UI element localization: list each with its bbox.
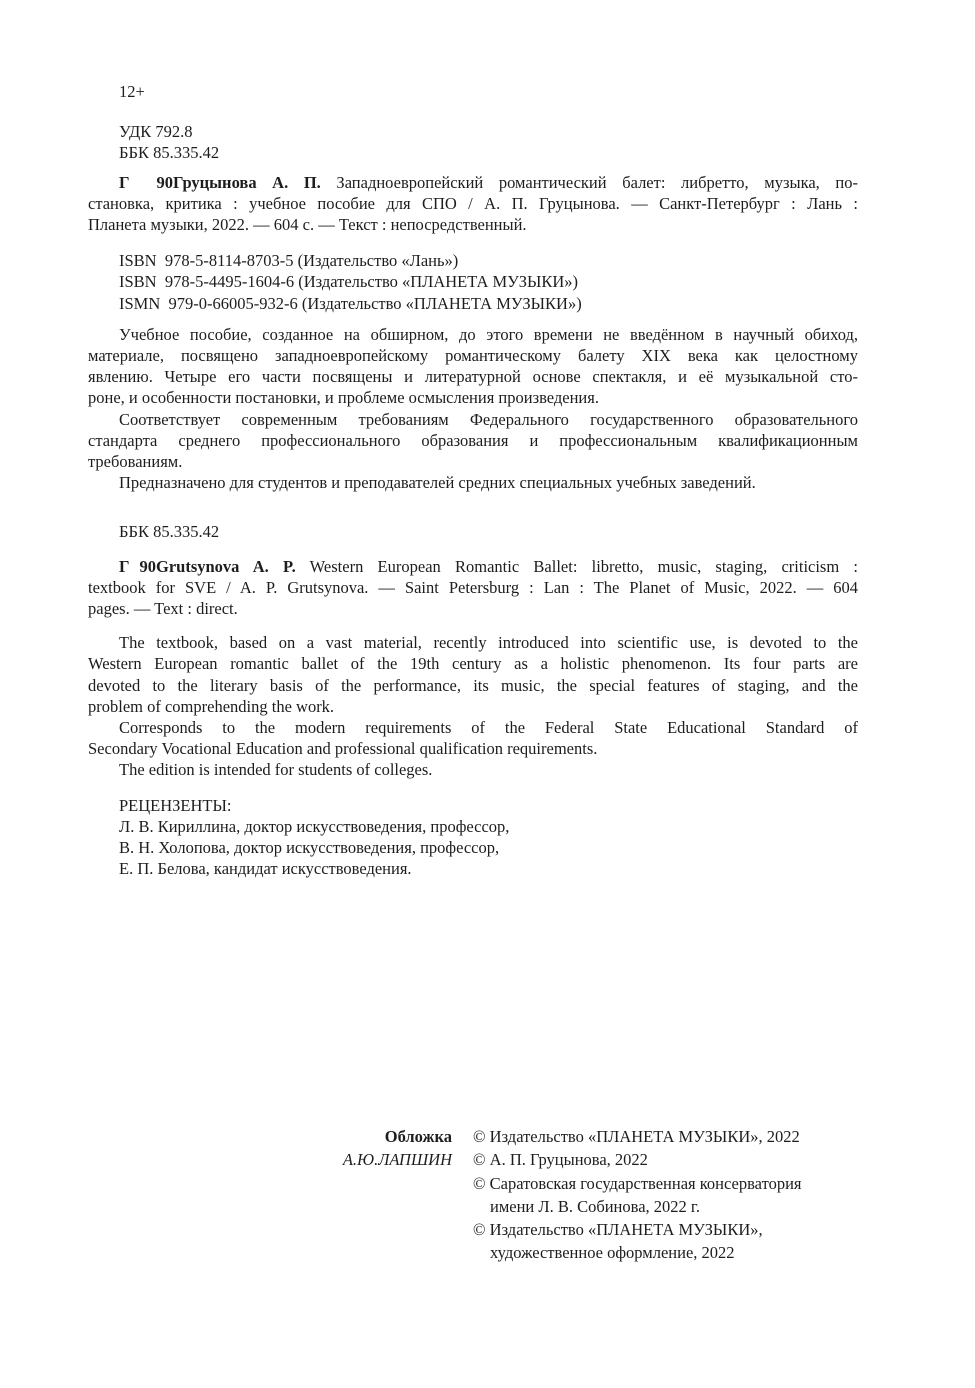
copyright-line: © Издательство «ПЛАНЕТА МУЗЫКИ», [473, 1218, 858, 1241]
annotation-en-line: devoted to the literary basis of the per… [88, 675, 858, 696]
bib-en-line-1: Г 90Grutsynova A. P. Western European Ro… [88, 556, 858, 577]
reviewer-item: Е. П. Белова, кандидат искусствоведения. [88, 858, 858, 879]
reviewers-heading: РЕЦЕНЗЕНТЫ: [88, 795, 858, 816]
copyright-line-continuation: художественное оформление, 2022 [473, 1241, 858, 1264]
annotation-en-line: problem of comprehending the work. [88, 696, 858, 717]
annotation-en-line: Corresponds to the modern requirements o… [88, 717, 858, 738]
annotation-ru-line: Предназначено для студентов и преподават… [88, 472, 858, 493]
annotation-ru-line: явлению. Четыре его части посвящены и ли… [88, 366, 858, 387]
isbn-planeta-muzyki: ISBN 978-5-4495-1604-6 (Издательство «ПЛ… [88, 271, 858, 292]
bib-en-line-3: pages. — Text : direct. [88, 598, 858, 619]
copyright-column: © Издательство «ПЛАНЕТА МУЗЫКИ», 2022 © … [473, 1125, 858, 1265]
colophon-block: Обложка А.Ю.ЛАПШИН © Издательство «ПЛАНЕ… [88, 1125, 858, 1265]
cover-label: Обложка [88, 1125, 452, 1148]
annotation-ru-line: стандарта среднего профессионального обр… [88, 430, 858, 451]
bbk-code: ББК 85.335.42 [88, 142, 858, 163]
age-rating: 12+ [88, 81, 858, 102]
bbk-repeat-block: ББК 85.335.42 [88, 521, 858, 542]
annotation-en-line: The edition is intended for students of … [88, 759, 858, 780]
annotation-en-line: The textbook, based on a vast material, … [88, 632, 858, 653]
annotation-ru-line: роне, и особенности постановки, и пробле… [88, 387, 858, 408]
bbk-code-repeat: ББК 85.335.42 [88, 521, 858, 542]
bib-ru-author: Груцынова А. П. [173, 173, 321, 192]
bib-en-title-text: Western European Romantic Ballet: libret… [296, 557, 858, 576]
bib-ru-classification-code: Г 90 [119, 172, 173, 193]
bib-ru-title-text: Западноевропейский романтический балет: … [321, 173, 858, 192]
bib-en-classification-code: Г 90 [119, 556, 156, 577]
annotation-ru-line: требованиям. [88, 451, 858, 472]
book-imprint-page: { "colors": { "text": "#1d1d1d", "backgr… [0, 0, 975, 1388]
age-rating-block: 12+ [88, 81, 858, 102]
cover-designer: А.Ю.ЛАПШИН [88, 1148, 452, 1171]
annotation-ru-line: Учебное пособие, созданное на обширном, … [88, 324, 858, 345]
bib-en-line-2: textbook for SVE / A. P. Grutsynova. — S… [88, 577, 858, 598]
annotation-ru-line: Соответствует современным требованиям Фе… [88, 409, 858, 430]
bib-ru-line-3: Планета музыки, 2022. — 604 с. — Текст :… [88, 214, 858, 235]
annotation-russian: Учебное пособие, созданное на обширном, … [88, 324, 858, 494]
imprint-page-content: 12+ УДК 792.8 ББК 85.335.42 Г 90Груцынов… [88, 0, 858, 880]
annotation-ru-line: материале, посвящено западноевропейскому… [88, 345, 858, 366]
copyright-line: © Саратовская государственная консервато… [473, 1172, 858, 1195]
bib-ru-line-2: становка, критика : учебное пособие для … [88, 193, 858, 214]
bibliographic-entry-english: Г 90Grutsynova A. P. Western European Ro… [88, 556, 858, 620]
reviewer-item: В. Н. Холопова, доктор искусствоведения,… [88, 837, 858, 858]
copyright-line: © Издательство «ПЛАНЕТА МУЗЫКИ», 2022 [473, 1125, 858, 1148]
annotation-english: The textbook, based on a vast material, … [88, 632, 858, 780]
reviewer-item: Л. В. Кириллина, доктор искусствоведения… [88, 816, 858, 837]
ismn-planeta-muzyki: ISMN 979-0-66005-932-6 (Издательство «ПЛ… [88, 293, 858, 314]
bib-en-author: Grutsynova A. P. [156, 557, 296, 576]
bibliographic-entry-russian: Г 90Груцынова А. П. Западноевропейский р… [88, 172, 858, 236]
annotation-en-line: Secondary Vocational Education and profe… [88, 738, 858, 759]
index-codes-block: УДК 792.8 ББК 85.335.42 [88, 121, 858, 163]
isbn-lan: ISBN 978-5-8114-8703-5 (Издательство «Ла… [88, 250, 858, 271]
copyright-line: © А. П. Груцынова, 2022 [473, 1148, 858, 1171]
reviewers-block: РЕЦЕНЗЕНТЫ: Л. В. Кириллина, доктор иску… [88, 795, 858, 880]
identifiers-block: ISBN 978-5-8114-8703-5 (Издательство «Ла… [88, 250, 858, 314]
cover-credit-column: Обложка А.Ю.ЛАПШИН [88, 1125, 452, 1265]
bib-ru-line-1: Г 90Груцынова А. П. Западноевропейский р… [88, 172, 858, 193]
copyright-line-continuation: имени Л. В. Собинова, 2022 г. [473, 1195, 858, 1218]
annotation-en-line: Western European romantic ballet of the … [88, 653, 858, 674]
udk-code: УДК 792.8 [88, 121, 858, 142]
